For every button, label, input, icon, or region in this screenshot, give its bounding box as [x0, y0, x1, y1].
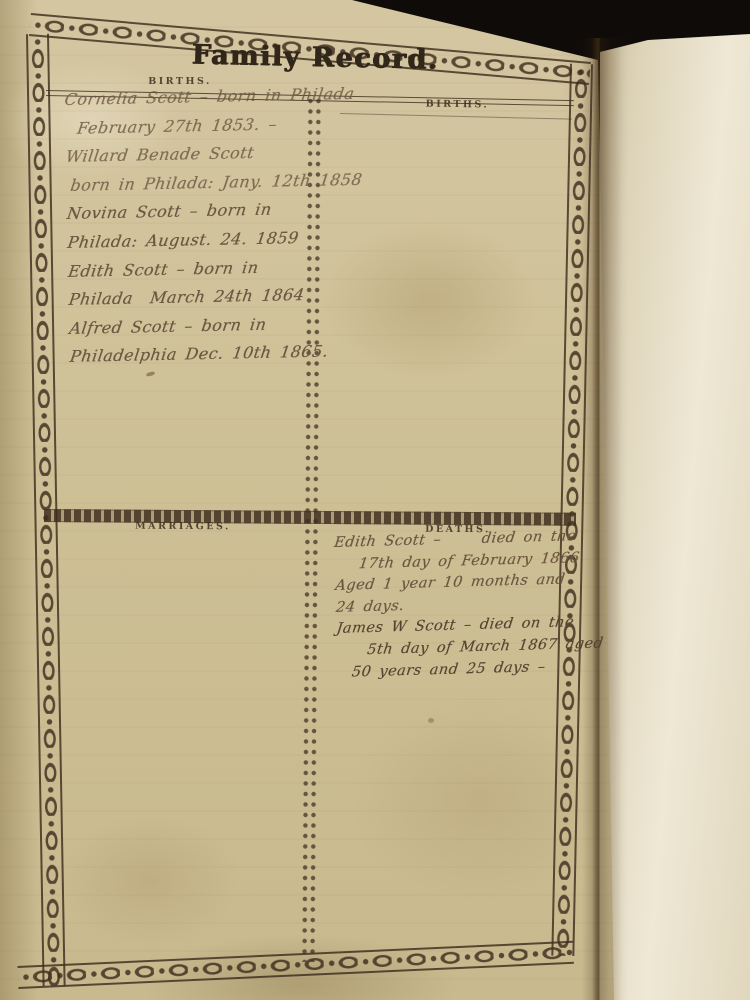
ink-smudge [428, 718, 434, 723]
births-entries: Cornelia Scott – born in Philada Februar… [62, 81, 322, 372]
handwriting-line: Philadelphia Dec. 10th 1865. [68, 338, 326, 372]
book-photo: Family Record. BIRTHS. BIRTHS. MARRIAGES… [0, 0, 750, 1000]
deaths-entries: Edith Scott – died on the 17th day of Fe… [332, 526, 594, 684]
section-label-marriages: MARRIAGES. [58, 520, 308, 533]
